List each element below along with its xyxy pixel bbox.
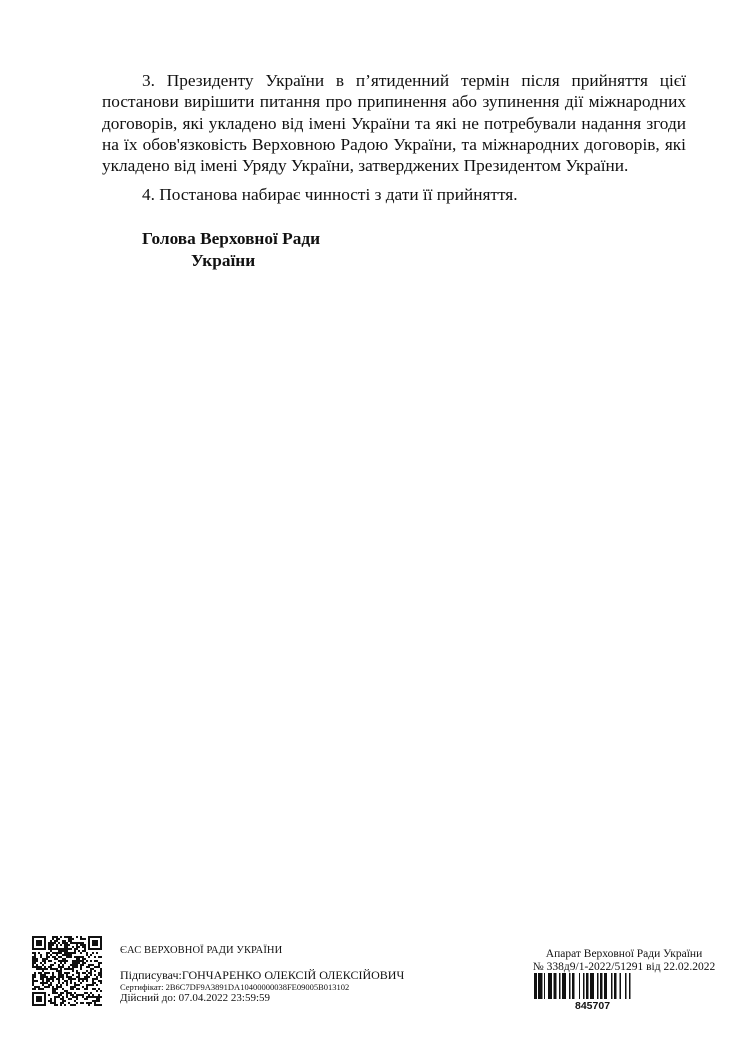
signature-block: Голова Верховної Ради України (142, 228, 320, 271)
registration-organization: Апарат Верховної Ради України (518, 948, 730, 961)
paragraph-3: 3. Президенту України в п’ятиденний терм… (102, 70, 686, 176)
signature-title-line2: України (142, 250, 320, 272)
barcode-number: 845707 (575, 1000, 610, 1012)
certificate-id: Сертифікат: 2B6C7DF9A3891DA10400000038FE… (120, 982, 349, 992)
signature-organization: ЄАС ВЕРХОВНОЇ РАДИ УКРАЇНИ (120, 945, 282, 956)
signer-name: Підписувач:ГОНЧАРЕНКО ОЛЕКСІЙ ОЛЕКСІЙОВИ… (120, 968, 404, 983)
document-page: 3. Президенту України в п’ятиденний терм… (0, 0, 740, 1045)
registration-stamp: Апарат Верховної Ради України № 338д9/1-… (518, 948, 730, 974)
paragraph-4: 4. Постанова набирає чинності з дати її … (102, 184, 686, 205)
barcode-icon (534, 973, 650, 999)
document-body: 3. Президенту України в п’ятиденний терм… (102, 70, 686, 206)
valid-until: Дійсний до: 07.04.2022 23:59:59 (120, 992, 270, 1004)
signature-title-line1: Голова Верховної Ради (142, 229, 320, 248)
qr-code-icon (32, 936, 102, 1006)
